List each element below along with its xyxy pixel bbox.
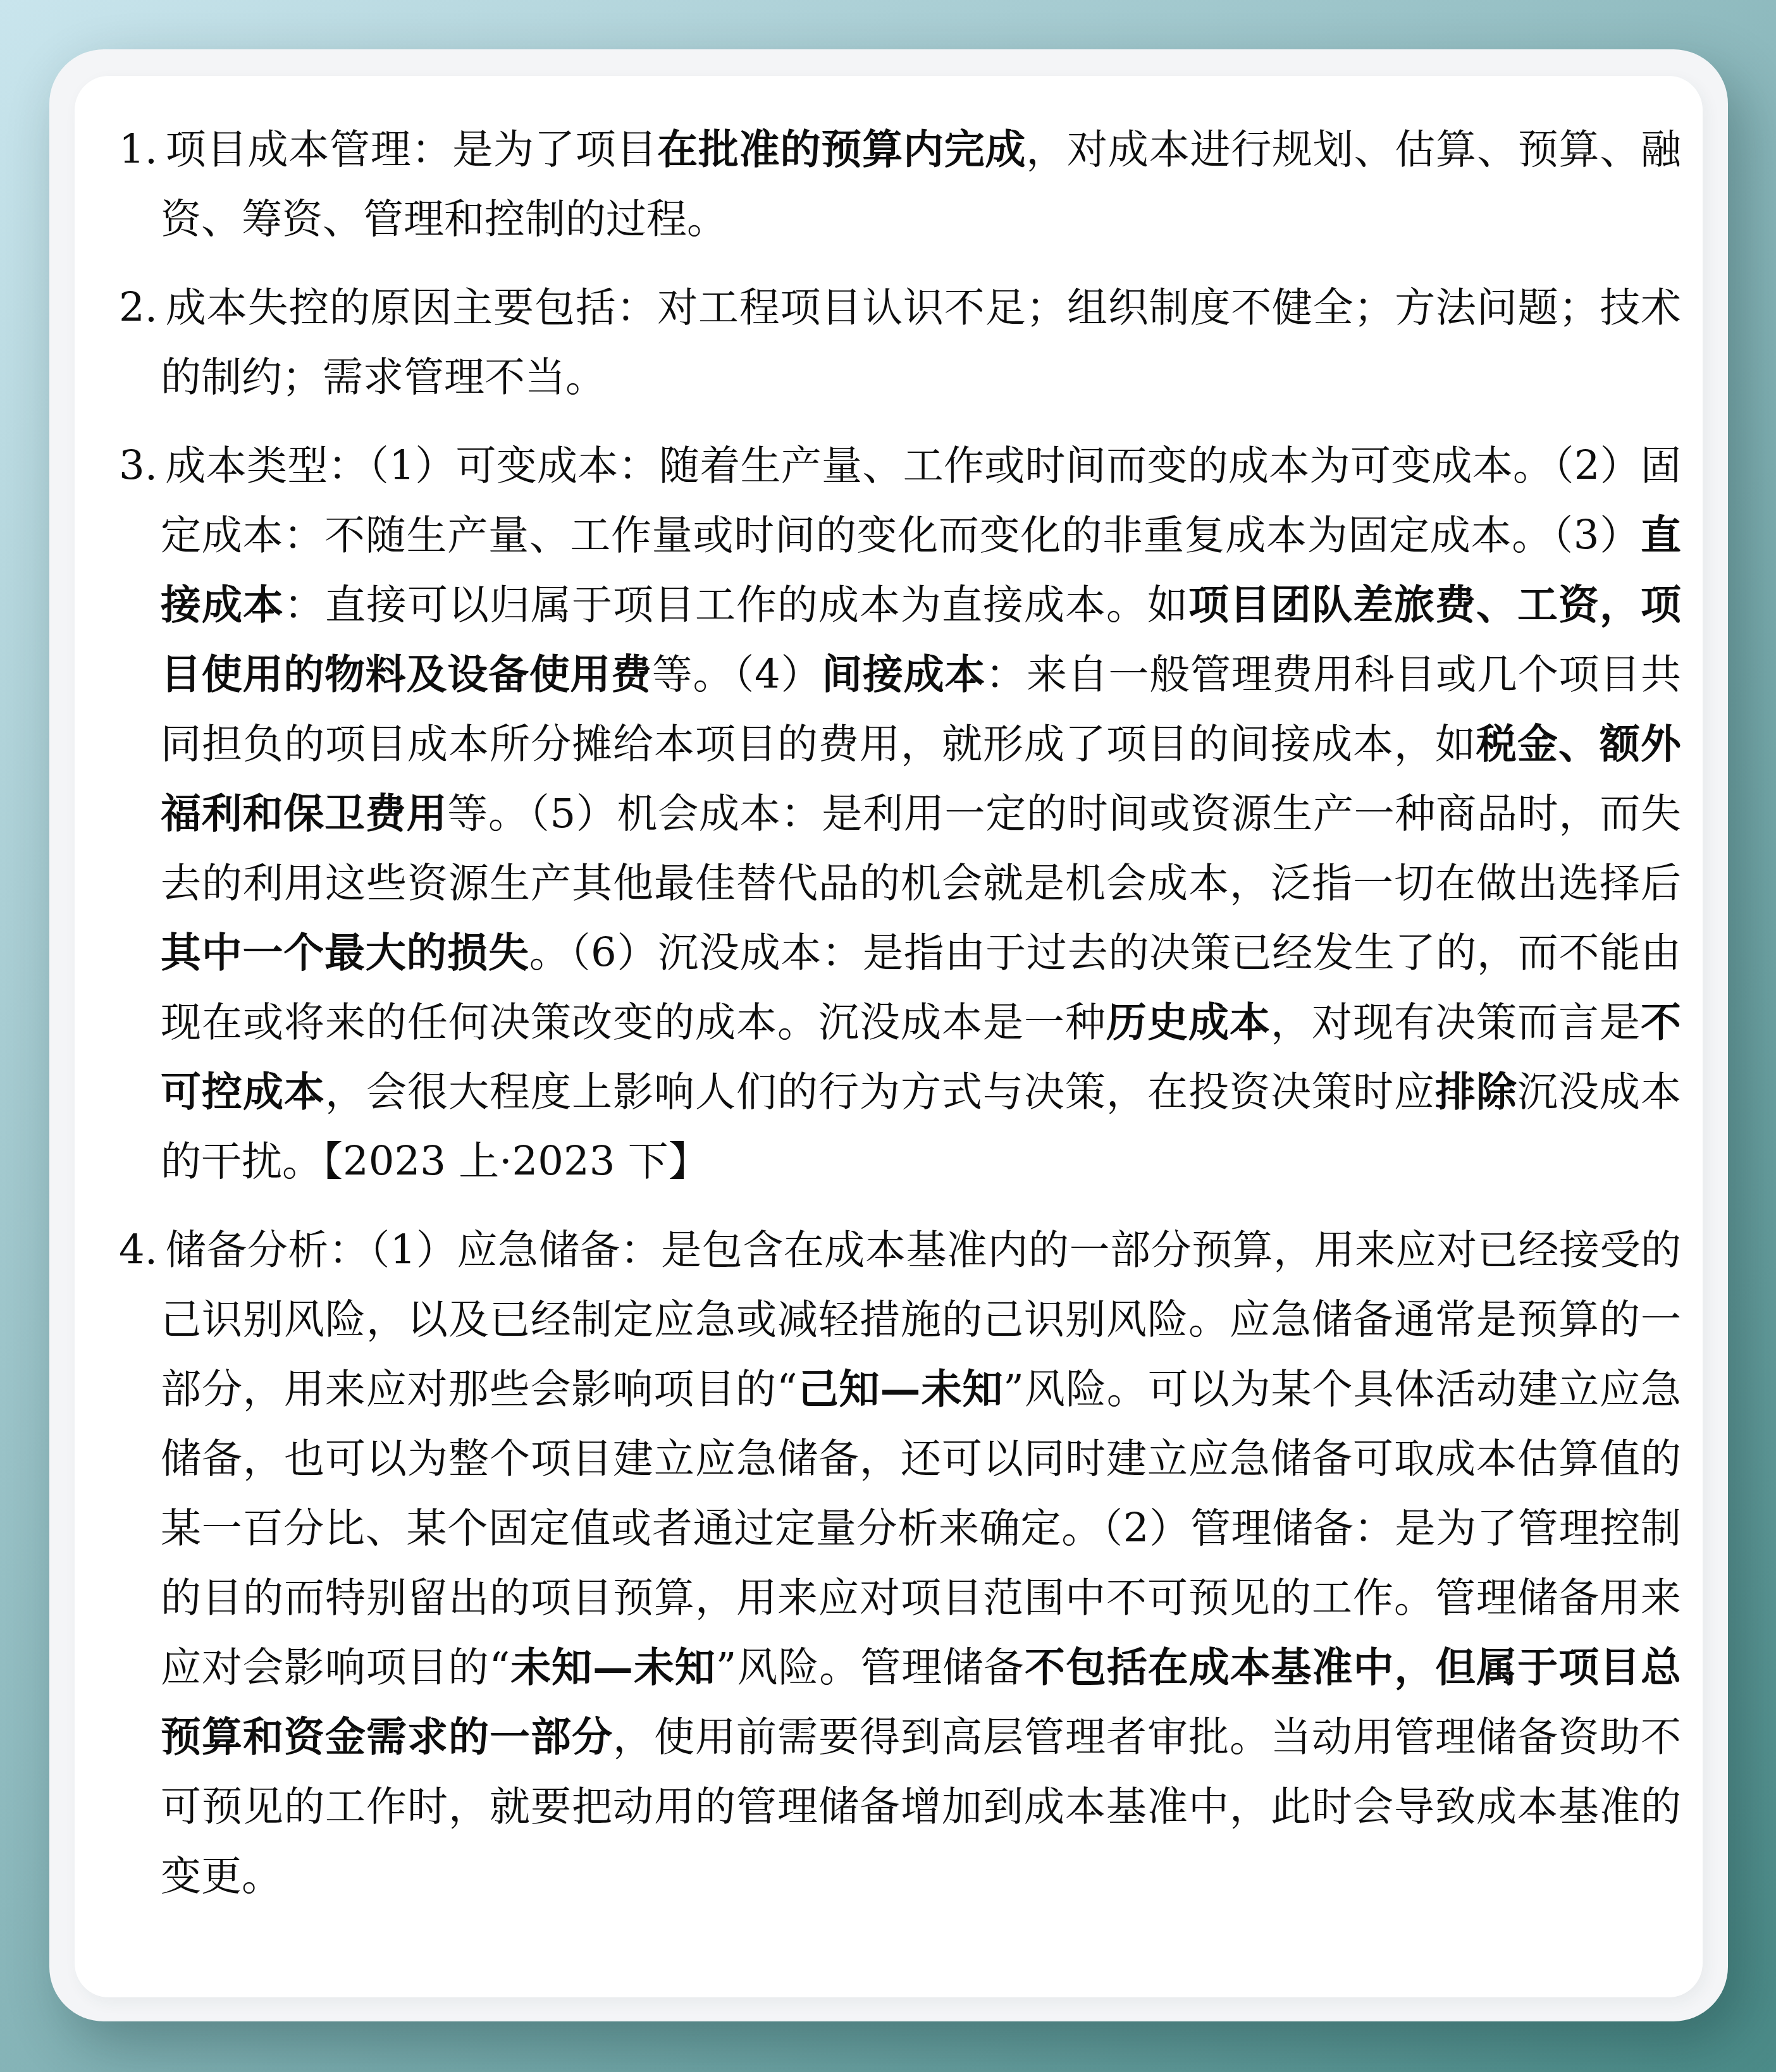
notes-card: 1.项目成本管理：是为了项目在批准的预算内完成，对成本进行规划、估算、预算、融资…: [49, 49, 1728, 2021]
text-segment: ”风险。可以为某个具体活动建立应急储备，也可以为整个项目建立应急储备，还可以同时…: [161, 1366, 1681, 1691]
text-segment: ，对现有决策而言是: [1271, 999, 1641, 1046]
note-item-3: 3.成本类型：（1）可变成本：随着生产量、工作或时间而变的成本为可变成本。（2）…: [119, 431, 1681, 1197]
text-segment-bold: 间接成本: [822, 651, 985, 698]
text-segment-bold: 历史成本: [1106, 999, 1271, 1046]
text-segment-bold: 排除: [1435, 1068, 1517, 1116]
item-number: 2.: [119, 285, 157, 331]
text-segment: 成本类型：（1）可变成本：随着生产量、工作或时间而变的成本为可变成本。（2）固定…: [161, 443, 1681, 559]
text-segment: ”风险。管理储备: [716, 1644, 1025, 1691]
text-segment: ：直接可以归属于项目工作的成本为直接成本。如: [284, 582, 1188, 629]
note-item-2: 2.成本失控的原因主要包括：对工程项目认识不足；组织制度不健全；方法问题；技术的…: [119, 273, 1681, 412]
text-segment: 成本失控的原因主要包括：对工程项目认识不足；组织制度不健全；方法问题；技术的制约…: [161, 285, 1681, 401]
text-segment: 等。（4）: [652, 651, 822, 698]
text-segment: ，会很大程度上影响人们的行为方式与决策，在投资决策时应: [325, 1069, 1435, 1116]
item-number: 1.: [119, 126, 157, 173]
text-segment: 项目成本管理：是为了项目: [165, 126, 657, 173]
note-item-1: 1.项目成本管理：是为了项目在批准的预算内完成，对成本进行规划、估算、预算、融资…: [119, 115, 1681, 254]
text-segment-bold: 未知—未知: [510, 1644, 716, 1691]
text-segment-bold: 其中一个最大的损失: [161, 929, 529, 977]
note-item-4: 4.储备分析：（1）应急储备：是包含在成本基准内的一部分预算，用来应对已经接受的…: [119, 1216, 1681, 1911]
notes-list: 1.项目成本管理：是为了项目在批准的预算内完成，对成本进行规划、估算、预算、融资…: [119, 115, 1681, 1978]
item-number: 4.: [119, 1227, 157, 1274]
notes-content-card: 1.项目成本管理：是为了项目在批准的预算内完成，对成本进行规划、估算、预算、融资…: [75, 76, 1703, 1997]
item-number: 3.: [119, 443, 157, 490]
text-segment-bold: 己知—未知: [798, 1366, 1004, 1413]
text-segment-bold: 在批准的预算内完成: [657, 126, 1026, 173]
